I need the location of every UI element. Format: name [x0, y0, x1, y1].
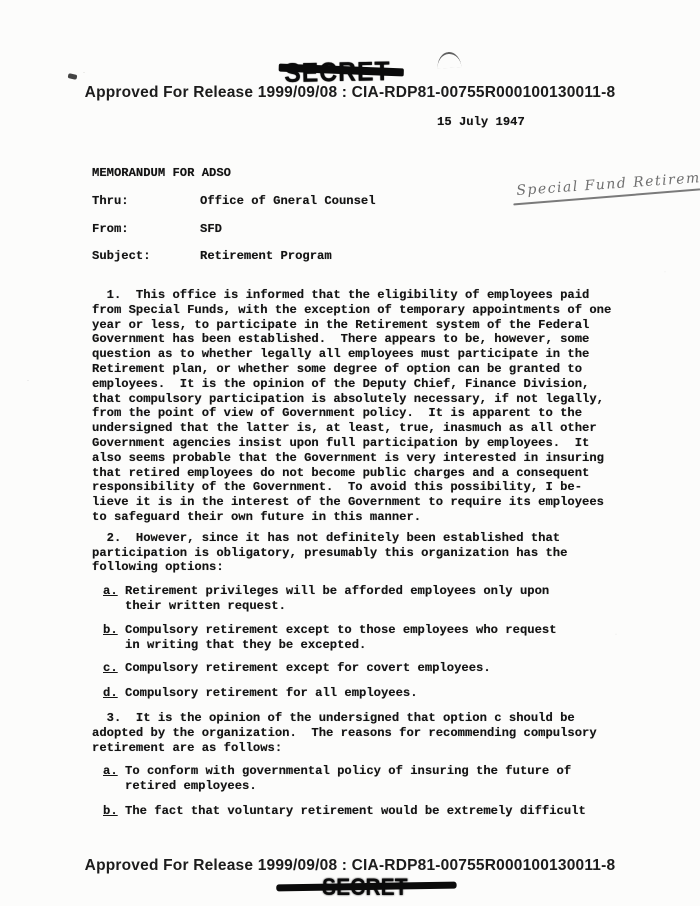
reason-b-letter: b.: [103, 804, 118, 819]
option-a-text: Retirement privileges will be afforded e…: [125, 584, 549, 614]
secret-stamp-top: SECRET: [284, 56, 391, 89]
option-c-text: Compulsory retirement except for covert …: [125, 661, 491, 676]
memo-header: MEMORANDUM FOR ADSO Thru: Office of Gner…: [92, 166, 376, 264]
thru-row: Thru: Office of Gneral Counsel: [92, 194, 376, 209]
memo-date: 15 July 1947: [437, 115, 525, 130]
reason-a-letter: a.: [103, 764, 118, 794]
paragraph-3: 3. It is the opinion of the undersigned …: [92, 711, 652, 755]
option-b-text: Compulsory retirement except to those em…: [125, 623, 557, 653]
option-a: a. Retirement privileges will be afforde…: [92, 584, 652, 614]
subject-label: Subject:: [92, 249, 200, 264]
approval-line-bottom: Approved For Release 1999/09/08 : CIA-RD…: [0, 857, 700, 875]
subject-value: Retirement Program: [200, 249, 332, 264]
option-d-text: Compulsory retirement for all employees.: [125, 686, 418, 701]
memo-body: 1. This office is informed that the elig…: [92, 288, 652, 819]
paragraph-2: 2. However, since it has not definitely …: [92, 531, 652, 575]
reason-b-text: The fact that voluntary retirement would…: [125, 804, 586, 819]
from-row: From: SFD: [92, 222, 376, 237]
strikethrough-line-bottom-icon: [276, 882, 456, 892]
subject-row: Subject: Retirement Program: [92, 249, 376, 264]
thru-label: Thru:: [92, 194, 200, 209]
option-d: d. Compulsory retirement for all employe…: [92, 686, 652, 701]
secret-stamp-bottom: SECRET: [322, 874, 408, 902]
option-c: c. Compulsory retirement except for cove…: [92, 661, 652, 676]
paragraph-1: 1. This office is informed that the elig…: [92, 288, 652, 525]
handwritten-note: Special Fund Retirement: [516, 168, 700, 199]
thru-value: Office of Gneral Counsel: [200, 194, 376, 209]
reason-b: b. The fact that voluntary retirement wo…: [92, 804, 652, 819]
option-b-letter: b.: [103, 623, 118, 653]
option-a-letter: a.: [103, 584, 118, 614]
from-value: SFD: [200, 222, 222, 237]
memorandum-for-line: MEMORANDUM FOR ADSO: [92, 166, 376, 181]
ink-smudge-icon: [68, 73, 78, 80]
option-d-letter: d.: [103, 686, 118, 701]
memo-page: Approved For Release 1999/09/08 : CIA-RD…: [0, 0, 700, 906]
option-b: b. Compulsory retirement except to those…: [92, 623, 652, 653]
pen-mark-icon: [436, 51, 461, 69]
reason-a: a. To conform with governmental policy o…: [92, 764, 652, 794]
option-c-letter: c.: [103, 661, 118, 676]
from-label: From:: [92, 222, 200, 237]
reason-a-text: To conform with governmental policy of i…: [125, 764, 571, 794]
